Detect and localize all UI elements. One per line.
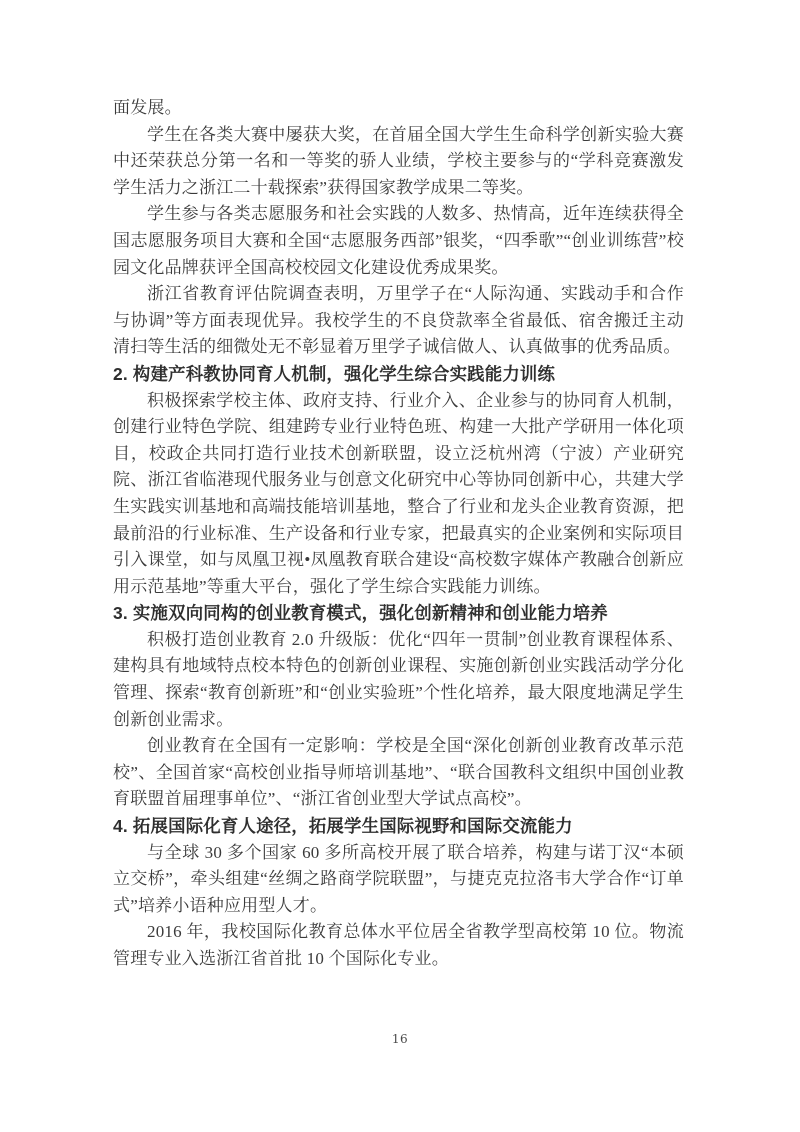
document-body: 面发展。 学生在各类大赛中屡获大奖，在首届全国大学生生命科学创新实验大赛中还荣获… xyxy=(113,95,684,973)
document-page: 面发展。 学生在各类大赛中屡获大奖，在首届全国大学生生命科学创新实验大赛中还荣获… xyxy=(0,0,800,1132)
paragraph-entrepreneurship-2-0: 积极打造创业教育 2.0 升级版：优化“四年一贯制”创业教育课程体系、建构具有地… xyxy=(113,627,684,733)
section-heading-2: 2. 构建产科教协同育人机制，强化学生综合实践能力训练 xyxy=(113,361,684,388)
paragraph-continuation: 面发展。 xyxy=(113,95,684,122)
paragraph-evaluation-survey: 浙江省教育评估院调查表明，万里学子在“人际沟通、实践动手和合作与协调”等方面表现… xyxy=(113,281,684,361)
section-heading-4: 4. 拓展国际化育人途径，拓展学生国际视野和国际交流能力 xyxy=(113,813,684,840)
page-number: 16 xyxy=(0,1032,800,1046)
paragraph-international-cooperation: 与全球 30 多个国家 60 多所高校开展了联合培养，构建与诺丁汉“本硕立交桥”… xyxy=(113,840,684,920)
paragraph-entrepreneurship-influence: 创业教育在全国有一定影响：学校是全国“深化创新创业教育改革示范校”、全国首家“高… xyxy=(113,733,684,813)
paragraph-collaborative-education: 积极探索学校主体、政府支持、行业介入、企业参与的协同育人机制，创建行业特色学院、… xyxy=(113,388,684,601)
section-heading-3: 3. 实施双向同构的创业教育模式，强化创新精神和创业能力培养 xyxy=(113,600,684,627)
paragraph-international-ranking: 2016 年，我校国际化教育总体水平位居全省教学型高校第 10 位。物流管理专业… xyxy=(113,919,684,972)
paragraph-competition-awards: 学生在各类大赛中屡获大奖，在首届全国大学生生命科学创新实验大赛中还荣获总分第一名… xyxy=(113,122,684,202)
paragraph-volunteer-service: 学生参与各类志愿服务和社会实践的人数多、热情高，近年连续获得全国志愿服务项目大赛… xyxy=(113,201,684,281)
